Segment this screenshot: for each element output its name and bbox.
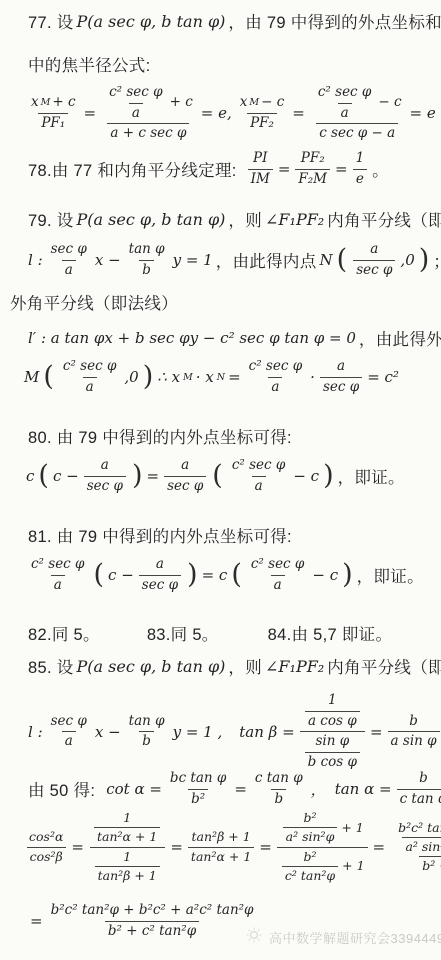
math-den: a [51,575,65,595]
math-den: a [338,103,352,123]
section-82-84: 82.同 5。 83.同 5。 84.由 5,7 即证。 [28,621,392,645]
fraction: a sec φ [320,358,362,396]
math-den: sec φ [353,260,395,280]
math-term: − c [261,94,284,112]
text: ，则 [228,654,262,678]
math-den: b² [188,789,208,809]
math-den: c tan φ [397,789,441,809]
equals: = [170,838,183,856]
fraction-nested: c² sec φ a + c a + c sec φ [101,84,196,143]
text: 。 [372,157,389,181]
math-den: tan²α + 1 [188,847,254,865]
math-term: · x [196,368,214,386]
fraction-inner: c² sec φ a [106,84,166,122]
math-num: c² sec φ [106,84,166,103]
math-den: c sec φ − a [316,123,398,143]
fraction-inner: 1 tan²α + 1 [94,810,160,846]
fraction: a sec φ [84,457,126,495]
equals: = [335,160,348,178]
section-77-heading-line2: 中的焦半径公式: [28,52,150,76]
section-79-line4: l′ : a tan φx + b sec φy − c² sec φ tan … [28,326,441,350]
math-term: − c [378,94,401,112]
equals: = e [410,104,436,122]
fraction: tan φ b [126,713,168,751]
math-den: a + c sec φ [107,123,189,143]
math-inline: P(a sec φ, b tan φ) [77,657,226,676]
fraction: a sec φ [164,457,206,495]
watermark: 高中数学解题研究会339444963 [246,927,441,948]
fraction: sec φ a [48,241,90,279]
text: ，由此得内点 [216,248,317,272]
math-num: c² sec φ [248,556,308,575]
fraction: cos²α cos²β [26,829,66,865]
fraction: c² sec φ a [28,556,88,594]
math-num: b² [300,849,319,866]
math-den: sec φ [84,476,126,496]
math-num: b [416,770,431,789]
math-term: c − [53,467,79,485]
math-term: − c [293,467,319,485]
math-den: sec φ [164,476,206,496]
text: 79. 设 [28,207,74,231]
left-paren: ( [212,464,223,488]
section-77-formula: xM+ c PF₁ = c² sec φ a + c a + c sec φ =… [26,84,436,143]
math-den: a [83,377,97,397]
watermark-text: 高中数学解题研究会339444963 [269,928,441,947]
equals: = [146,467,159,485]
math-num: c² sec φ [229,457,289,476]
text: 由 50 得: [28,777,95,801]
math-term: y = 1 , [173,723,223,741]
math-num: b² [300,810,319,827]
equals: = [71,838,84,856]
fraction: tan²β + 1 tan²α + 1 [188,829,254,865]
math-term: ， [311,779,326,800]
right-paren: ) [419,248,430,272]
text: ，由此得外点 [359,326,441,350]
text: 80. 由 79 中得到的内外点坐标可得: [28,424,292,448]
text: 85. 设 [28,654,74,678]
subscript: M [249,97,259,109]
math-den: a [62,731,76,751]
fraction: PF₂ F₂M [295,150,330,188]
equals: = [292,104,305,122]
item-82: 82.同 5。 [28,621,100,645]
math-var: M [24,368,39,386]
math-den: a [129,103,143,123]
math-den: PF₂ [247,113,277,133]
math-num: a [153,556,167,575]
left-paren: ( [43,365,54,389]
text: ，由 79 中得到的外点坐标和 22 [228,9,441,33]
math-term: ,0 [400,251,414,269]
math-num: 1 [325,692,340,711]
fraction: a sec φ [139,556,181,594]
math-num: 1 [353,150,368,169]
math-den: a [252,476,266,496]
section-85-formula: l : sec φ a x − tan φ b y = 1 , tan β = … [28,692,441,771]
fraction-nested: b²c² tan²φ a² sin²φ + c² tan²φ b² + c² t… [390,820,441,875]
math-den: b [139,731,154,751]
math-num: b²c² tan²φ [395,820,441,837]
math-term: + c [52,94,75,112]
math-term: cot α = [106,780,162,798]
math-label: l : [28,723,43,741]
math-den: a [62,260,76,280]
left-paren: ( [231,563,242,587]
math-inline: ∠F₁PF₂ [265,657,324,676]
final-formula: = b²c² tan²φ + b²c² + a²c² tan²φ b² + c²… [30,902,259,940]
math-den: cos²β [27,847,66,865]
sun-icon [246,927,262,948]
math-den: sec φ [320,377,362,397]
text: 81. 由 79 中得到的内外点坐标可得: [28,523,292,547]
math-den: PF₁ [38,113,68,133]
math-term: x − [95,723,121,741]
item-83: 83.同 5。 [147,621,219,645]
math-term: y = 1 [173,251,213,269]
fraction: c² sec φ a [60,358,120,396]
fraction: b²c² tan²φ + b²c² + a²c² tan²φ b² + c² t… [48,902,257,940]
fraction: tan φ b [126,241,168,279]
math-den: F₂M [295,169,330,189]
math-num: sec φ [48,241,90,260]
math-var: c [26,467,34,485]
text: 内角平分线（即切线） [327,207,441,231]
fraction-complex: b² a² sin²φ + 1 b² c² tan²φ + 1 [277,810,368,884]
subscript: M [41,97,51,109]
section-81-heading: 81. 由 79 中得到的内外点坐标可得: [28,523,292,547]
math-var: x [31,94,39,112]
equals: = [370,723,383,741]
math-inline: ∠F₁PF₂ [265,210,324,229]
math-num: b [406,713,421,732]
math-den: b cos φ [305,752,360,772]
right-paren: ) [143,365,154,389]
fraction-inner: 1 tan²β + 1 [95,849,160,885]
math-term: − c [312,566,338,584]
section-79-line5: M ( c² sec φ a ,0 ) ∴ xM · xN = c² sec φ… [24,358,399,396]
equals: = [84,104,97,122]
math-den: c² tan²φ [282,866,338,884]
section-78: 78.由 77 和内角平分线定理: PI IM = PF₂ F₂M = 1 e … [28,150,389,188]
math-num: a [367,241,381,260]
math-num: PF₂ [298,150,328,169]
section-80-formula: c ( c − a sec φ ) = a sec φ ( c² sec φ a… [26,457,405,495]
math-den: IM [248,169,273,189]
text: ，即证。 [338,464,405,488]
math-den: a sin φ [388,731,440,751]
math-den: tan²β + 1 [95,866,160,884]
fraction: xM− c PF₂ [237,94,288,132]
math-num: cos²α [26,829,66,846]
equals: = [234,780,247,798]
fraction: xM+ c PF₁ [28,94,79,132]
text: 外角平分线（即法线） [10,290,178,314]
fraction: c² sec φ a [246,358,306,396]
text: ，则 [228,207,262,231]
math-num: bc tan φ [167,770,229,789]
fraction: bc tan φ b² [167,770,229,808]
equals: = e, [201,104,232,122]
fraction-inner: b² a² sin²φ [283,810,338,846]
fraction-inner: sin φ b cos φ [305,733,360,771]
fraction: 1 e [353,150,368,188]
math-num: tan²β + 1 [189,829,254,846]
math-num: a [178,457,192,476]
text: 内角平分线（即切线） [327,654,441,678]
math-num: c² sec φ [246,358,306,377]
math-var: N [320,251,333,269]
fraction: c² sec φ a [229,457,289,495]
text: 77. 设 [28,9,74,33]
math-term: + 1 [342,858,364,874]
fraction-complex: 1 a cos φ sin φ b cos φ [300,692,365,771]
left-paren: ( [337,248,348,272]
equals: = c [202,566,228,584]
math-term: c − [108,566,134,584]
math-label: l : [28,251,43,269]
section-85-heading: 85. 设 P(a sec φ, b tan φ) ，则 ∠F₁PF₂ 内角平分… [28,654,441,678]
math-term: = c² [367,368,399,386]
fraction: a sec φ [353,241,395,279]
math-num: tan φ [126,713,168,732]
fraction: sec φ a [48,713,90,751]
section-77-heading-line1: 77. 设 P(a sec φ, b tan φ) ，由 79 中得到的外点坐标… [28,9,441,33]
math-den: a² sin²φ [283,827,338,845]
document-page: 77. 设 P(a sec φ, b tan φ) ，由 79 中得到的外点坐标… [0,0,441,960]
math-num: c² sec φ [60,358,120,377]
fraction: b a sin φ [388,713,440,751]
fraction: c² sec φ a [248,556,308,594]
math-inline: l′ : a tan φx + b sec φy − c² sec φ tan … [28,329,356,347]
math-den: b² + c² tan²φ [419,856,441,874]
math-term: + c [170,94,193,112]
section-81-formula: c² sec φ a ( c − a sec φ ) = c ( c² sec … [26,556,424,594]
fraction-inner: 1 a cos φ [305,692,360,730]
math-var: x [240,94,248,112]
right-paren: ) [323,464,334,488]
fraction: b c tan φ [397,770,441,808]
math-den: a [268,377,282,397]
left-paren: ( [94,563,105,587]
math-den: b [139,260,154,280]
math-num: sec φ [48,713,90,732]
math-den: a [271,575,285,595]
math-num: c² sec φ [315,84,375,103]
fraction: c tan φ b [252,770,306,808]
math-num: c² sec φ [28,556,88,575]
section-80-heading: 80. 由 79 中得到的内外点坐标可得: [28,424,292,448]
item-84: 84.由 5,7 即证。 [268,621,393,645]
math-den: a² sin²φ [402,837,441,855]
text: 78.由 77 和内角平分线定理: [28,157,237,181]
math-term: tan α = [335,780,392,798]
big-formula-chain: cos²α cos²β = 1 tan²α + 1 1 tan²β + 1 = … [24,810,441,884]
math-num: 1 [120,849,134,866]
math-num: 1 [120,810,134,827]
right-paren: ) [187,563,198,587]
math-num: PI [250,150,270,169]
section-50-line: 由 50 得: cot α = bc tan φ b² = c tan φ b … [28,770,441,808]
subscript: N [217,372,225,383]
math-inline: P(a sec φ, b tan φ) [77,12,226,31]
math-den: sec φ [139,575,181,595]
equals: = [373,838,386,856]
text: ，即证。 [357,563,424,587]
math-num: tan φ [126,241,168,260]
left-paren: ( [38,464,49,488]
text: ；同理 [433,248,441,272]
math-term: ∴ x [157,368,180,386]
math-num: sin φ [312,733,352,752]
equals: = [259,838,272,856]
subscript: M [183,372,193,383]
math-term: tan β = [239,723,294,741]
section-79-line2: l : sec φ a x − tan φ b y = 1 ，由此得内点 N (… [28,241,441,279]
fraction: PI IM [248,150,273,188]
math-den: e [353,169,367,189]
fraction-inner: c² sec φ a [315,84,375,122]
right-paren: ) [132,464,143,488]
fraction-inner: b² c² tan²φ [282,849,338,885]
math-num: a [98,457,112,476]
math-den: b [271,789,286,809]
math-den: b² + c² tan²φ [105,921,199,941]
equals: = [278,160,291,178]
equals: = [228,368,241,386]
math-num: a [334,358,348,377]
fraction-inner: b²c² tan²φ a² sin²φ [395,820,441,856]
math-num: b²c² tan²φ + b²c² + a²c² tan²φ [48,902,257,921]
right-paren: ) [342,563,353,587]
section-79-line3: 外角平分线（即法线） [10,290,178,314]
math-num: c tan φ [252,770,306,789]
math-den: a cos φ [305,711,360,731]
section-79-heading: 79. 设 P(a sec φ, b tan φ) ，则 ∠F₁PF₂ 内角平分… [28,207,441,231]
math-den: tan²α + 1 [94,827,160,845]
fraction-nested: c² sec φ a − c c sec φ − a [310,84,405,143]
math-term: + 1 [341,820,363,836]
equals: = [30,912,43,930]
math-inline: P(a sec φ, b tan φ) [77,210,226,229]
math-term: x − [95,251,121,269]
math-term: ,0 [124,368,138,386]
text: 中的焦半径公式: [28,52,150,76]
fraction-complex: 1 tan²α + 1 1 tan²β + 1 [89,810,165,884]
multiply-dot: · [310,368,315,386]
